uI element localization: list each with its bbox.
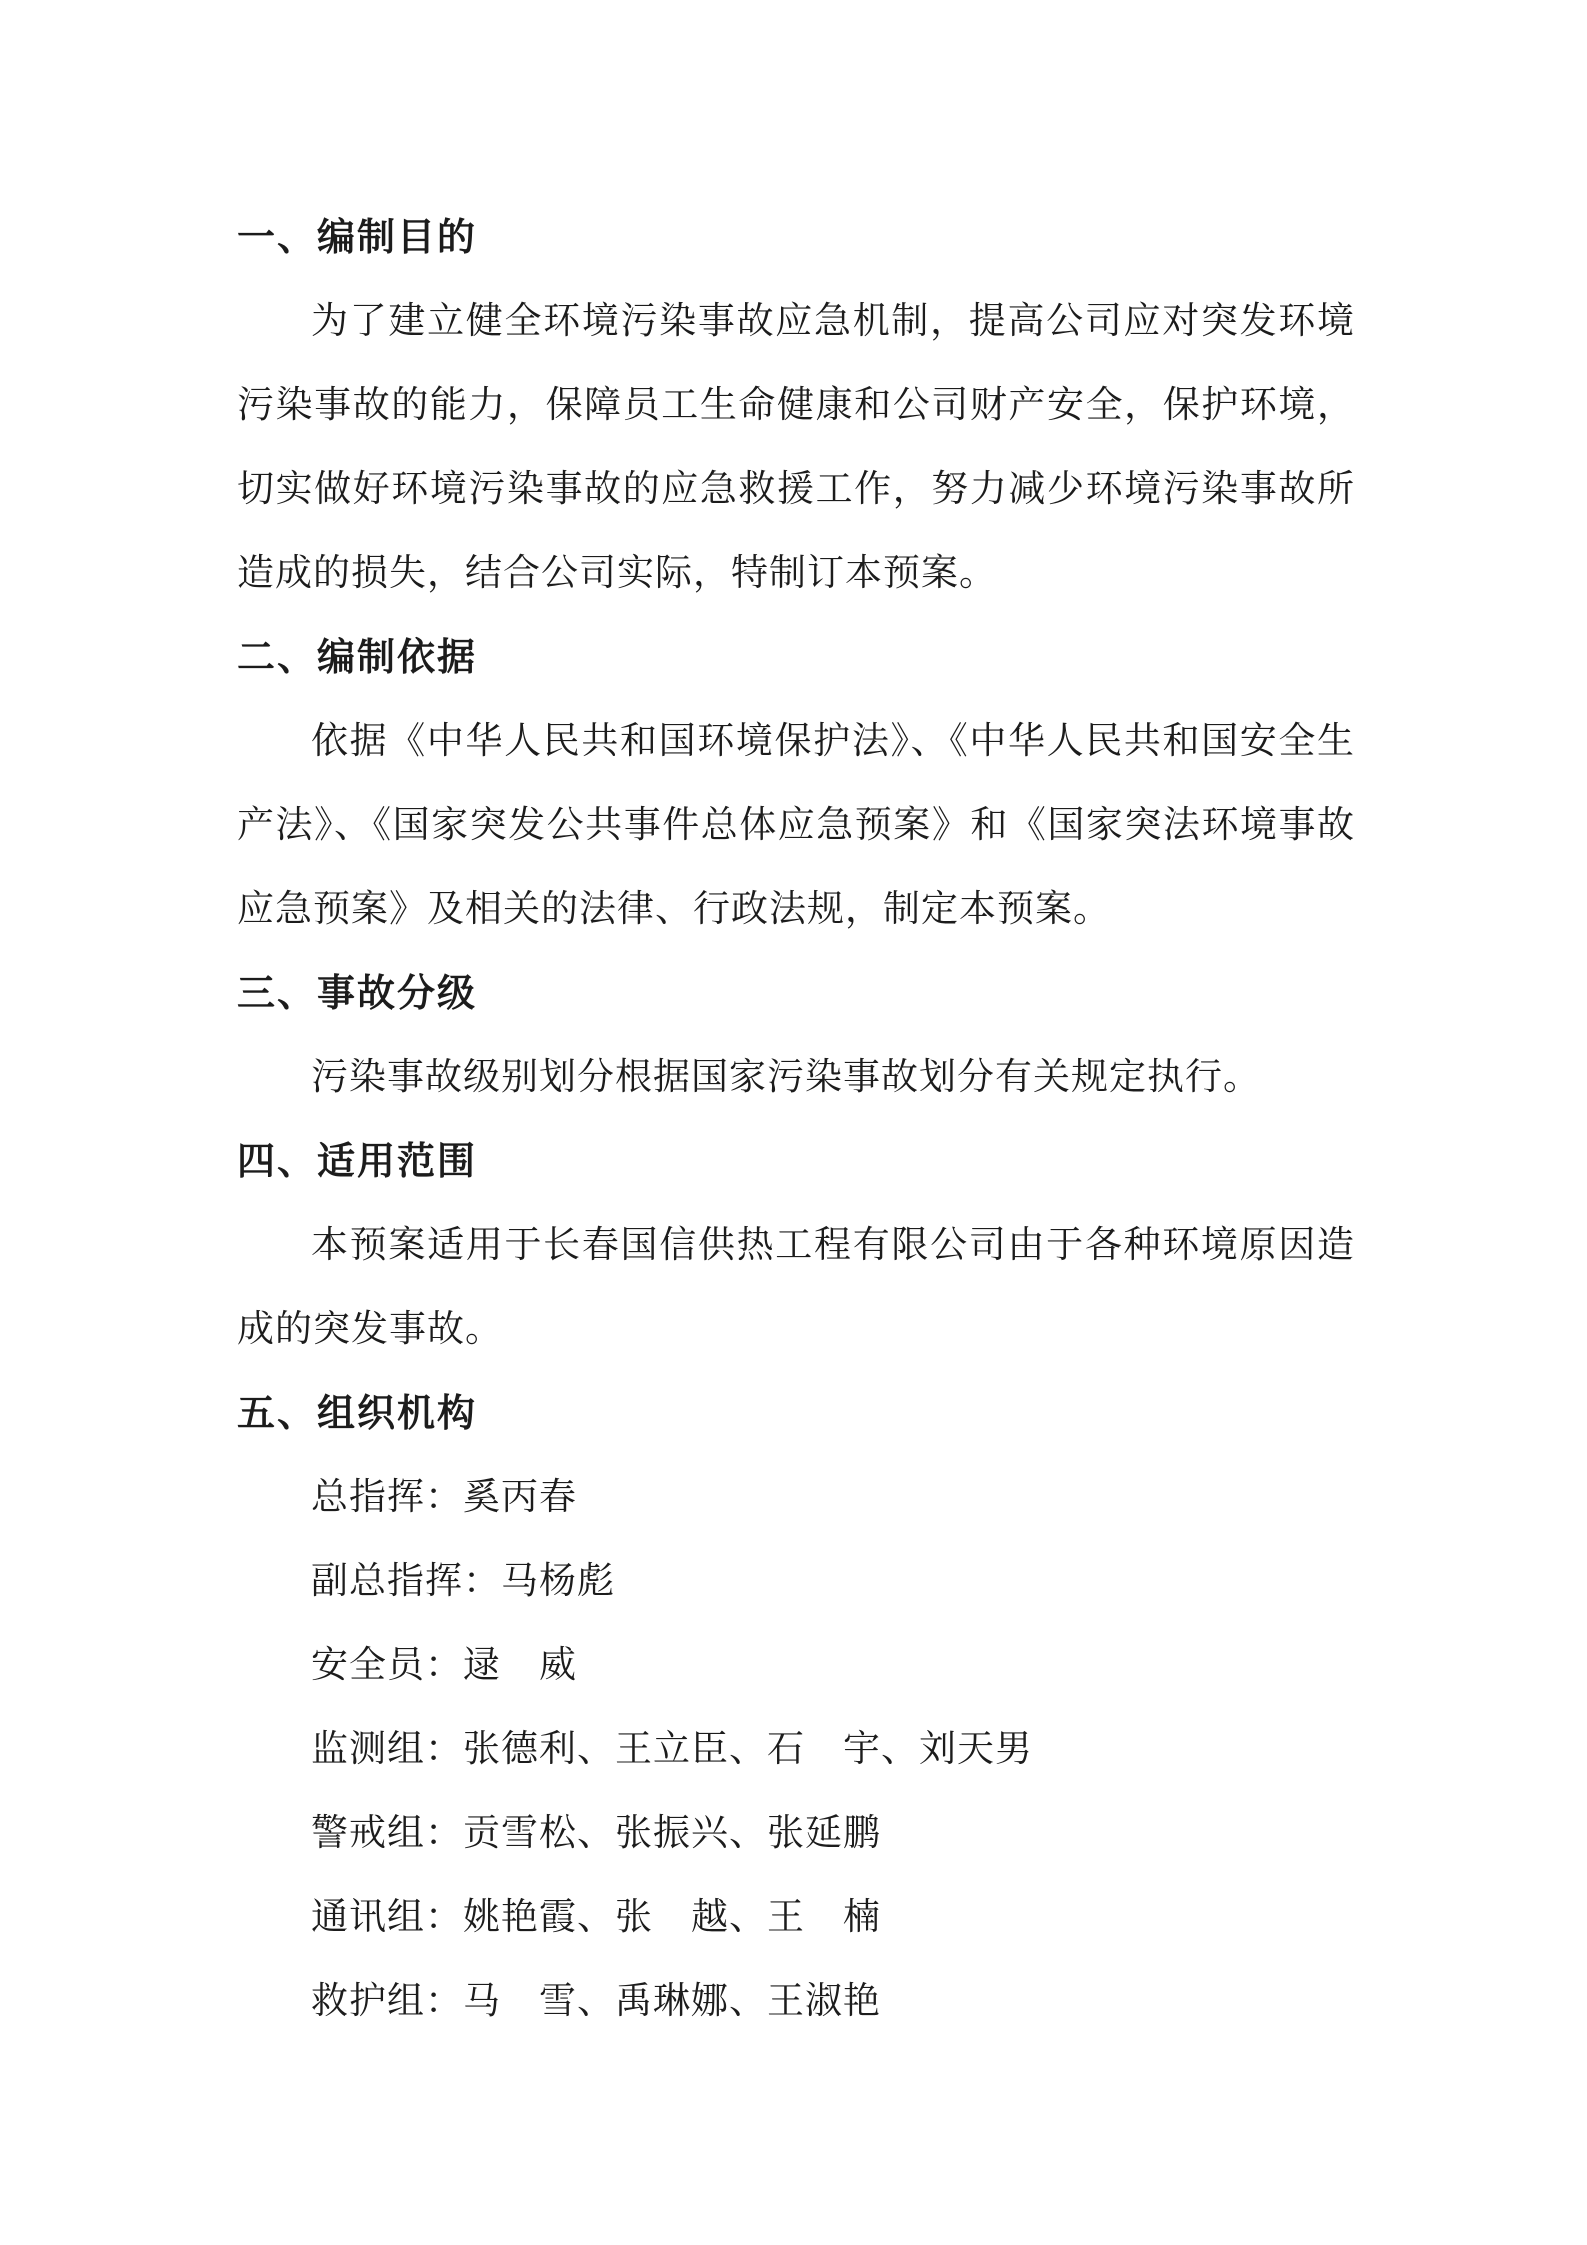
- section-heading-accident-grading: 三、事故分级: [237, 952, 1355, 1036]
- section-heading-basis: 二、编制依据: [237, 616, 1355, 700]
- org-role-deputy-commander: 副总指挥：马杨彪: [237, 1540, 1355, 1624]
- section-paragraph-basis: 依据《中华人民共和国环境保护法》、《中华人民共和国安全生产法》、《国家突发公共事…: [237, 700, 1355, 952]
- document-page: 一、编制目的 为了建立健全环境污染事故应急机制，提高公司应对突发环境污染事故的能…: [0, 0, 1587, 2245]
- org-role-chief-commander: 总指挥：奚丙春: [237, 1456, 1355, 1540]
- section-paragraph-purpose: 为了建立健全环境污染事故应急机制，提高公司应对突发环境污染事故的能力，保障员工生…: [237, 280, 1355, 616]
- section-paragraph-scope: 本预案适用于长春国信供热工程有限公司由于各种环境原因造成的突发事故。: [237, 1204, 1355, 1372]
- section-heading-organization: 五、组织机构: [237, 1372, 1355, 1456]
- section-heading-purpose: 一、编制目的: [237, 196, 1355, 280]
- org-role-safety-officer: 安全员：逯 威: [237, 1624, 1355, 1708]
- org-role-communication-group: 通讯组：姚艳霞、张 越、王 楠: [237, 1876, 1355, 1960]
- org-role-rescue-group: 救护组：马 雪、禹琳娜、王淑艳: [237, 1960, 1355, 2044]
- org-role-security-group: 警戒组：贡雪松、张振兴、张延鹏: [237, 1792, 1355, 1876]
- org-role-monitoring-group: 监测组：张德利、王立臣、石 宇、刘天男: [237, 1708, 1355, 1792]
- section-heading-scope: 四、适用范围: [237, 1120, 1355, 1204]
- section-paragraph-accident-grading: 污染事故级别划分根据国家污染事故划分有关规定执行。: [237, 1036, 1355, 1120]
